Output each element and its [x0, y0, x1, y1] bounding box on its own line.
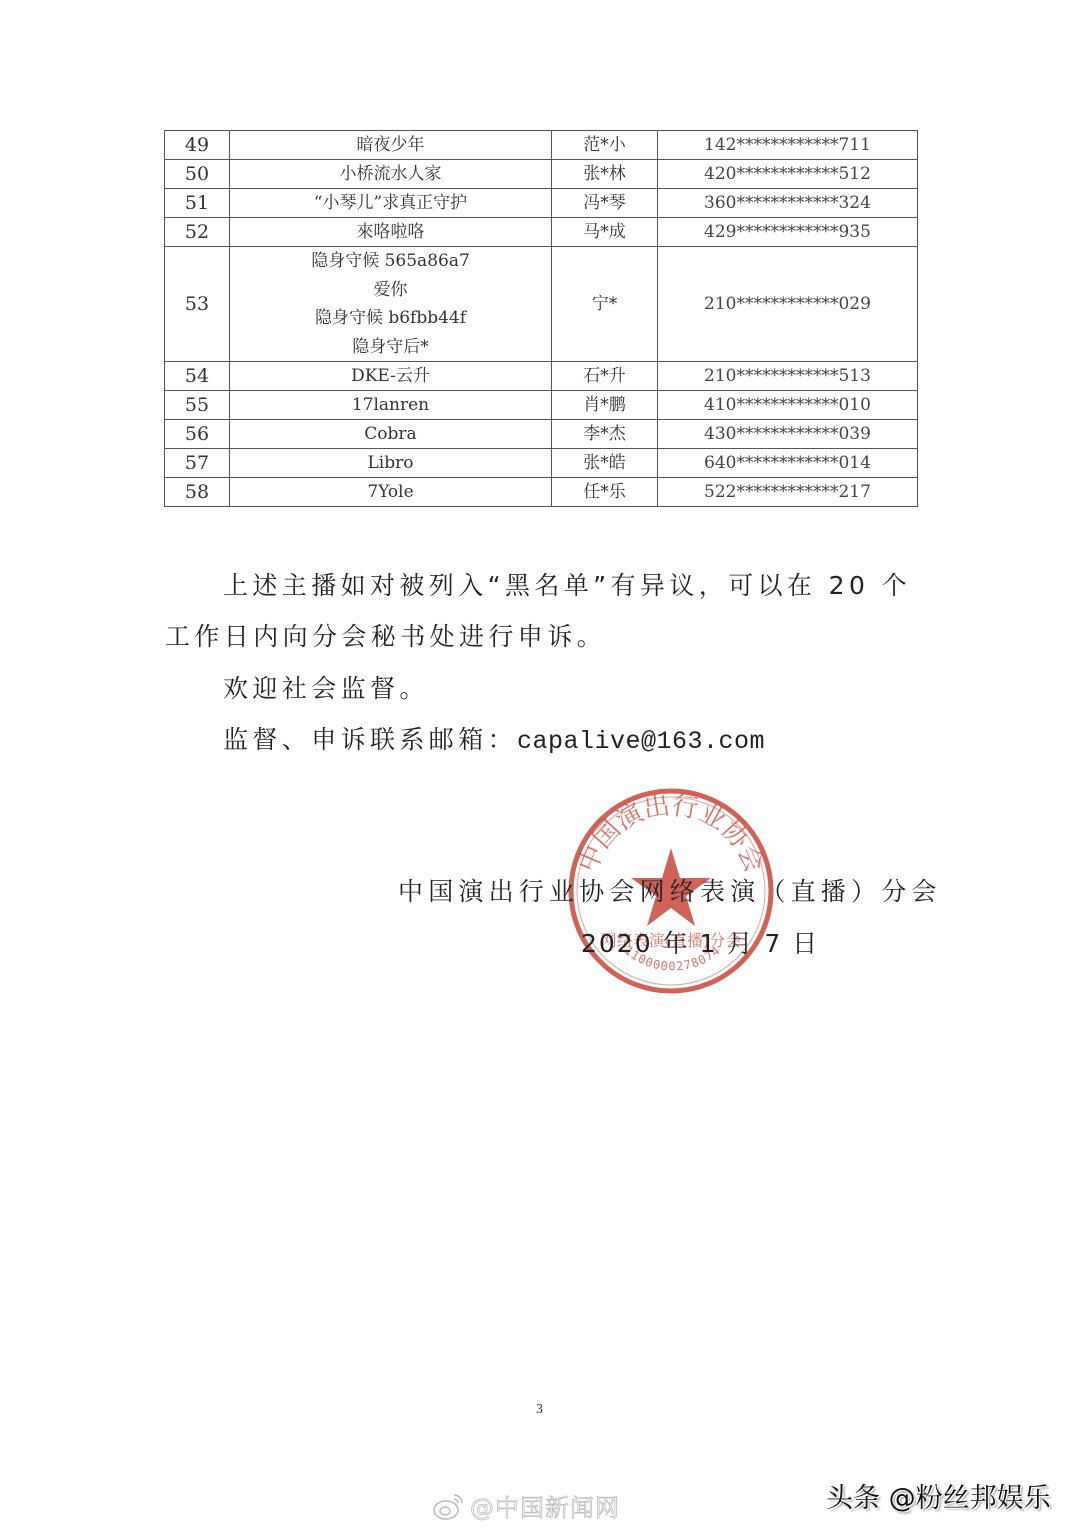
anchor-nickname: 隐身守候 565a86a7爱你隐身守候 b6fbb44f隐身守后* [230, 247, 552, 362]
signing-date: 2020 年 1 月 7 日 [581, 924, 819, 960]
table-row: 49暗夜少年范*小142************711 [165, 131, 918, 160]
nickname-line: “小琴儿”求真正守护 [314, 193, 467, 213]
real-name: 石*升 [552, 362, 658, 391]
nickname-line: 17lanren [352, 395, 429, 415]
row-number: 54 [165, 362, 230, 391]
table-row: 52來咯啦咯马*成429************935 [165, 218, 918, 247]
row-number: 58 [165, 478, 230, 507]
anchor-nickname: “小琴儿”求真正守护 [230, 189, 552, 218]
id-number: 410************010 [658, 391, 918, 420]
contact-email: capalive@163.com [517, 727, 765, 756]
row-number: 57 [165, 449, 230, 478]
nickname-line: 隐身守候 b6fbb44f [230, 304, 551, 333]
page-number: 3 [536, 1402, 543, 1418]
appeal-paragraph-line2: 工作日内向分会秘书处进行申诉。 [165, 617, 606, 653]
id-number: 430************039 [658, 420, 918, 449]
id-number: 429************935 [658, 218, 918, 247]
table-row: 51“小琴儿”求真正守护冯*琴360************324 [165, 189, 918, 218]
nickname-line: 隐身守候 565a86a7 [230, 247, 551, 276]
contact-label: 监督、申诉联系邮箱： [223, 725, 517, 754]
id-number: 142************711 [658, 131, 918, 160]
table-row: 56Cobra李*杰430************039 [165, 420, 918, 449]
real-name: 冯*琴 [552, 189, 658, 218]
nickname-line: 7Yole [367, 482, 413, 502]
nickname-line: 小桥流水人家 [340, 164, 442, 184]
nickname-line: 爱你 [230, 276, 551, 305]
weibo-icon [432, 1491, 466, 1521]
real-name: 肖*鹏 [552, 391, 658, 420]
nickname-line: DKE-云升 [351, 366, 430, 386]
id-number: 210************513 [658, 362, 918, 391]
row-number: 56 [165, 420, 230, 449]
anchor-nickname: 17lanren [230, 391, 552, 420]
watermark-chinanews: @中国新闻网 [432, 1488, 620, 1523]
table-row: 53隐身守候 565a86a7爱你隐身守候 b6fbb44f隐身守后*宁*210… [165, 247, 918, 362]
supervision-paragraph: 欢迎社会监督。 [223, 669, 429, 705]
signing-organization: 中国演出行业协会网络表演（直播）分会 [398, 872, 942, 908]
document-page: 49暗夜少年范*小142************71150小桥流水人家张*林42… [0, 0, 1080, 1528]
blacklist-table: 49暗夜少年范*小142************71150小桥流水人家张*林42… [164, 130, 918, 507]
real-name: 范*小 [552, 131, 658, 160]
table-row: 5517lanren肖*鹏410************010 [165, 391, 918, 420]
appeal-paragraph-line1: 上述主播如对被列入“黑名单”有异议，可以在 20 个 [223, 566, 911, 602]
anchor-nickname: Cobra [230, 420, 552, 449]
real-name: 李*杰 [552, 420, 658, 449]
row-number: 51 [165, 189, 230, 218]
row-number: 53 [165, 247, 230, 362]
nickname-line: 來咯啦咯 [357, 222, 425, 242]
nickname-line: Cobra [364, 424, 416, 444]
watermark-left-text: @中国新闻网 [470, 1488, 620, 1523]
anchor-nickname: DKE-云升 [230, 362, 552, 391]
real-name: 任*乐 [552, 478, 658, 507]
real-name: 马*成 [552, 218, 658, 247]
anchor-nickname: 小桥流水人家 [230, 160, 552, 189]
table-row: 54DKE-云升石*升210************513 [165, 362, 918, 391]
id-number: 522************217 [658, 478, 918, 507]
row-number: 49 [165, 131, 230, 160]
anchor-nickname: 7Yole [230, 478, 552, 507]
row-number: 52 [165, 218, 230, 247]
table-row: 57Libro张*皓640************014 [165, 449, 918, 478]
watermark-toutiao: 头条 @粉丝邦娱乐 [826, 1476, 1051, 1515]
id-number: 640************014 [658, 449, 918, 478]
id-number: 360************324 [658, 189, 918, 218]
anchor-nickname: 來咯啦咯 [230, 218, 552, 247]
anchor-nickname: 暗夜少年 [230, 131, 552, 160]
real-name: 宁* [552, 247, 658, 362]
row-number: 50 [165, 160, 230, 189]
nickname-line: Libro [368, 453, 414, 473]
table-row: 50小桥流水人家张*林420************512 [165, 160, 918, 189]
row-number: 55 [165, 391, 230, 420]
table-row: 587Yole任*乐522************217 [165, 478, 918, 507]
nickname-line: 暗夜少年 [357, 135, 425, 155]
real-name: 张*林 [552, 160, 658, 189]
id-number: 420************512 [658, 160, 918, 189]
real-name: 张*皓 [552, 449, 658, 478]
id-number: 210************029 [658, 247, 918, 362]
contact-paragraph: 监督、申诉联系邮箱：capalive@163.com [223, 720, 765, 756]
nickname-line: 隐身守后* [230, 333, 551, 362]
anchor-nickname: Libro [230, 449, 552, 478]
